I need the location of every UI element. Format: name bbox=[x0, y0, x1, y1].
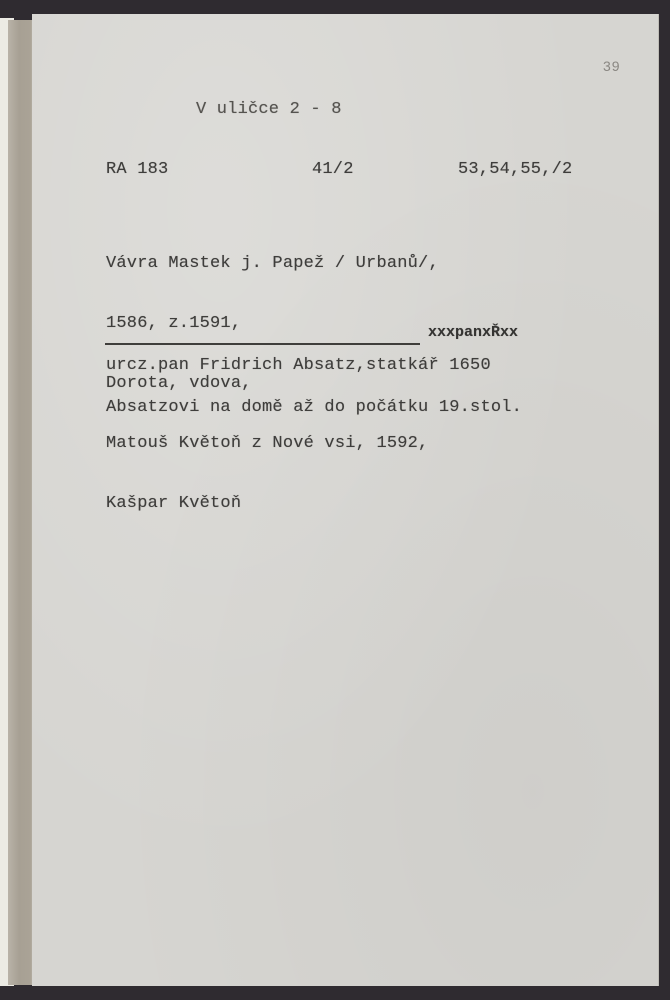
owner-line: Dorota, vdova, bbox=[106, 374, 439, 394]
entry-line: Absatzovi na domě až do počátku 19.stol. bbox=[106, 398, 522, 417]
page-number: 39 bbox=[603, 58, 621, 74]
owner-line: 1586, z.1591, bbox=[106, 314, 439, 334]
divider-line bbox=[105, 343, 420, 345]
owner-line: Matouš Květoň z Nové vsi, 1592, bbox=[106, 434, 439, 454]
scan-background: 39 V uličce 2 - 8 RA 183 41/2 53,54,55,/… bbox=[0, 0, 670, 1000]
struck-out-text: xxxpanxŘxx bbox=[428, 324, 518, 341]
reference-ra: RA 183 bbox=[106, 160, 168, 179]
reference-middle: 41/2 bbox=[312, 160, 354, 179]
owner-line: Vávra Mastek j. Papež / Urbanů/, bbox=[106, 254, 439, 274]
reference-right: 53,54,55,/2 bbox=[458, 160, 572, 179]
card-title: V uličce 2 - 8 bbox=[196, 100, 342, 119]
owner-line: Kašpar Květoň bbox=[106, 494, 439, 514]
owners-list: Vávra Mastek j. Papež / Urbanů/, 1586, z… bbox=[106, 214, 439, 554]
entry-line: urcz.pan Fridrich Absatz,statkář 1650 bbox=[106, 356, 491, 375]
